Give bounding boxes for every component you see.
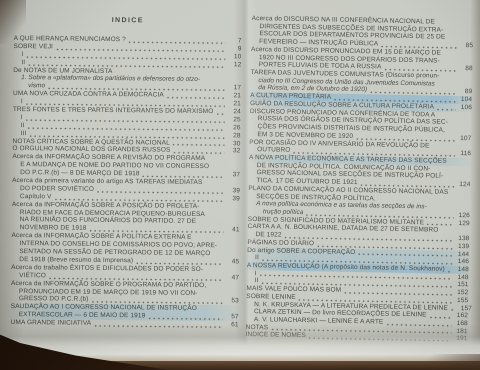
entry-page-number: 17 [228,85,241,92]
entry-page-number: 146 [456,258,469,265]
entry-page-number: 138 [456,235,469,242]
leader-dots [309,337,452,342]
entry-page-number: 37 [227,171,240,178]
entry-page-number: 107 [458,135,471,142]
entry-text: INDICE DE NOMES [246,331,306,339]
right-page-entries: Acerca do DISCURSO NA III CONFERÊNCIA NA… [245,15,473,343]
entry-text: vismo [13,82,45,89]
leader-dots [437,108,456,110]
entry-page-number: 144 [456,251,469,258]
entry-text: I [13,114,23,121]
entry-text: II [13,122,25,129]
entry-page-number: 126 [457,212,470,219]
entry-page-number: 21 [228,100,241,107]
entry-text: DO PODER SOVIÉTICO [12,185,94,193]
entry-text: II [247,277,259,284]
entry-text: II [13,59,25,66]
entry-text: OUTUBRO [249,146,290,154]
entry-text: NOVEMBRO DE 1918 [12,224,87,232]
entry-text: DE 1922 [247,231,281,239]
entry-text: A QUE HERANÇA RENUNCIAMOS ? [14,35,126,43]
leader-dots [430,316,452,318]
entry-page-number: 129 [457,220,470,227]
entry-text: GRESSO DO P.C.R.(b) [11,295,89,303]
entry-text: Capítulo V [12,193,52,200]
leader-dots [448,271,453,273]
entry-page-number: 89 [459,88,472,95]
entry-page-number: 104 [459,96,472,103]
entry-page-number: 39 [227,187,240,194]
entry-page-number: 152 [455,289,468,296]
entry-page-number: 157 [459,305,472,312]
entry-page-number: 45 [226,258,239,265]
book-photo: INDICE A QUE HERANÇA RENUNCIAMOS ?7SOBRE… [0,0,480,370]
entry-page-number: 7 [229,37,242,44]
entry-text: II [247,254,259,261]
entry-page-number: 116 [458,150,471,157]
entry-page-number: 139 [456,243,469,250]
leader-dots [451,309,456,311]
entry-page-number: 41 [227,227,240,234]
entry-page-number: 32 [227,148,240,155]
entry-page-number: 88 [460,65,473,72]
entry-page-number: 24 [228,108,241,115]
entry-page-number: 28 [228,132,241,139]
entry-text: NOTAS [246,324,269,331]
entry-page-number: 191 [454,335,467,342]
entry-text: SOBRE LENINE [246,293,296,301]
entry-text: DE 1918 (Breve resumo da Imprensa) [11,256,133,264]
entry-text: I [247,270,257,277]
entry-text: De NOTAS DE UM JORNALISTA [13,67,112,75]
entry-text: I [13,98,23,105]
table-surface [0,361,480,370]
entry-text: VIÉTICO [11,272,46,279]
entry-page-number: 25 [228,116,241,123]
entry-page-number: 12 [228,61,241,68]
entry-page-number: 148 [456,266,469,273]
entry-page-number: 162 [455,312,468,319]
entry-page-number: 181 [455,328,468,335]
page-title: INDICE [14,16,242,25]
leader-dots [94,325,222,328]
entry-page-number: 85 [460,42,473,49]
leader-dots [216,113,224,115]
right-page-column: Acerca do DISCURSO NA III CONFERÊNCIA NA… [245,0,473,343]
entry-page-number: 148 [456,274,469,281]
entry-text: SOBRE VEJI [13,43,53,50]
entry-page-number: 39 [227,195,240,202]
entry-page-number: 30 [227,140,240,147]
left-page-entries: A QUE HERANÇA RENUNCIAMOS ?7SOBRE VEJI9I… [11,35,242,329]
entry-text: III [13,130,27,137]
entry-page-number: 106 [459,104,472,111]
entry-page-number: 168 [455,320,468,327]
entry-page-number: 57 [226,313,239,320]
entry-text: trução política [248,208,304,216]
entry-page-number: 53 [226,298,239,305]
entry-text: UMA GRANDE INICIATIVA [11,319,92,327]
entry-page-number: 21 [228,92,241,99]
entry-page-number: 26 [228,124,241,131]
entry-page-number: 151 [456,281,469,288]
entry-text: DO P.C.R.(b) — 8 DE MARÇO DE 1918 [12,169,140,177]
index-entry: UMA GRANDE INICIATIVA61 [11,319,239,329]
shadow-corner-bottom-right [410,354,480,370]
left-page-column: INDICE A QUE HERANÇA RENUNCIAMOS ?7SOBRE… [11,0,242,329]
entry-page-number: 47 [226,274,239,281]
entry-page-number: 10 [228,53,241,60]
entry-page-number: 9 [228,45,241,52]
entry-page-number: 155 [455,297,468,304]
entry-page-number: 61 [226,321,239,328]
entry-text: I [13,51,23,58]
entry-page-number: 124 [457,181,470,188]
